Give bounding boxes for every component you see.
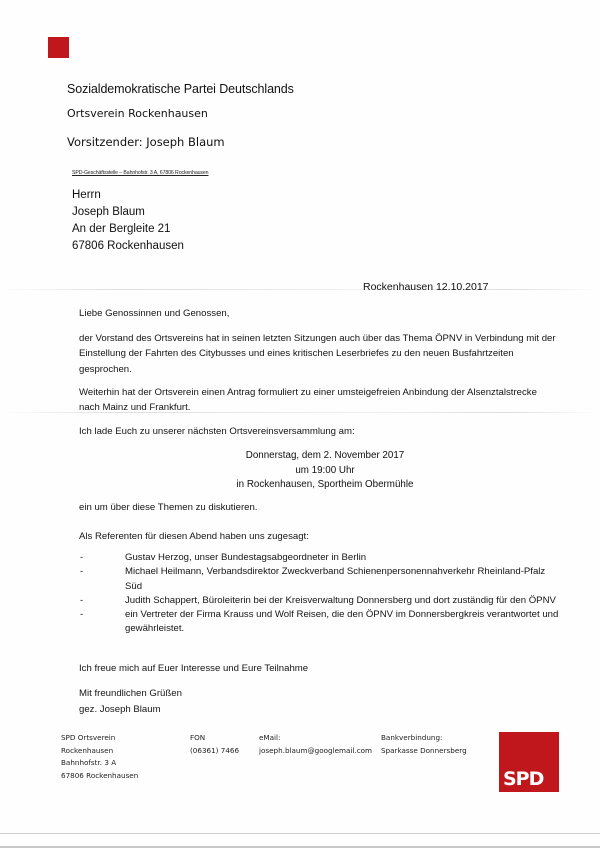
recipient-address: Herrn Joseph Blaum An der Bergleite 21 6…	[72, 187, 184, 255]
list-item: - Gustav Herzog, unser Bundestagsabgeord…	[62, 551, 562, 565]
paragraph-motion: Weiterhin hat der Ortsverein einen Antra…	[79, 385, 559, 416]
spd-logo-text: SPD	[503, 770, 543, 789]
party-name: Sozialdemokratische Partei Deutschlands	[67, 82, 294, 96]
page-edge-line	[0, 833, 600, 834]
list-bullet: -	[80, 551, 83, 565]
spd-red-square-mark	[48, 37, 69, 58]
paragraph-looking-forward: Ich freue mich auf Euer Interesse und Eu…	[79, 661, 559, 676]
footer-phone-label: FON	[190, 732, 239, 745]
recipient-name: Joseph Blaum	[72, 204, 184, 221]
scan-artifact-line	[0, 412, 600, 413]
scan-artifact-line	[0, 289, 600, 290]
sender-return-address: SPD-Geschäftsstelle – Bahnhofstr. 3 A, 6…	[72, 170, 208, 176]
footer-phone-value: (06361) 7466	[190, 745, 239, 758]
footer-phone: FON (06361) 7466	[190, 732, 239, 757]
footer-email-value[interactable]: joseph.blaum@googlemail.com	[259, 745, 377, 758]
paragraph-board-discussion: der Vorstand des Ortsvereins hat in sein…	[79, 331, 559, 377]
speaker-text: Judith Schappert, Büroleiterin bei der K…	[125, 595, 556, 606]
spd-logo: SPD	[499, 732, 559, 792]
signature: gez. Joseph Blaum	[79, 702, 182, 718]
chairman-line: Vorsitzender: Joseph Blaum	[67, 135, 225, 149]
list-item: - Michael Heilmann, Verbandsdirektor Zwe…	[62, 565, 562, 594]
footer-bank-label: Bankverbindung:	[381, 732, 467, 745]
footer-bank: Bankverbindung: Sparkasse Donnersberg	[381, 732, 467, 757]
footer-email: eMail: joseph.blaum@googlemail.com	[259, 732, 377, 757]
list-item: - ein Vertreter der Firma Krauss und Wol…	[62, 608, 562, 637]
meeting-time: um 19:00 Uhr	[200, 464, 450, 479]
letter-page: Sozialdemokratische Partei Deutschlands …	[0, 0, 600, 848]
speaker-text: Gustav Herzog, unser Bundestagsabgeordne…	[125, 552, 366, 563]
footer-address-line: 67806 Rockenhausen	[61, 770, 138, 783]
list-bullet: -	[80, 565, 83, 579]
closing-phrase: Mit freundlichen Grüßen	[79, 686, 182, 702]
footer-bank-value: Sparkasse Donnersberg	[381, 745, 467, 758]
recipient-salutation: Herrn	[72, 187, 184, 204]
footer-address-line: SPD Ortsverein	[61, 732, 138, 745]
meeting-place: in Rockenhausen, Sportheim Obermühle	[200, 478, 450, 493]
paragraph-discuss: ein um über diese Themen zu diskutieren.	[79, 500, 559, 515]
list-item: - Judith Schappert, Büroleiterin bei der…	[62, 594, 562, 608]
recipient-city: 67806 Rockenhausen	[72, 238, 184, 255]
place-and-date: Rockenhausen 12.10.2017	[363, 281, 489, 293]
footer-address-line: Bahnhofstr. 3 A	[61, 757, 138, 770]
paragraph-speakers-intro: Als Referenten für diesen Abend haben un…	[79, 529, 559, 544]
paragraph-invitation: Ich lade Euch zu unserer nächsten Ortsve…	[79, 424, 559, 439]
recipient-street: An der Bergleite 21	[72, 221, 184, 238]
meeting-date: Donnerstag, dem 2. November 2017	[200, 449, 450, 464]
list-bullet: -	[80, 608, 83, 622]
list-bullet: -	[80, 594, 83, 608]
footer-email-label: eMail:	[259, 732, 377, 745]
greeting: Liebe Genossinnen und Genossen,	[79, 306, 559, 321]
meeting-details: Donnerstag, dem 2. November 2017 um 19:0…	[200, 449, 450, 493]
footer-address-line: Rockenhausen	[61, 745, 138, 758]
local-branch-name: Ortsverein Rockenhausen	[67, 107, 208, 120]
speakers-list: - Gustav Herzog, unser Bundestagsabgeord…	[62, 551, 562, 637]
footer-address: SPD Ortsverein Rockenhausen Bahnhofstr. …	[61, 732, 138, 782]
closing-block: Mit freundlichen Grüßen gez. Joseph Blau…	[79, 686, 182, 717]
speaker-text: Michael Heilmann, Verbandsdirektor Zweck…	[125, 566, 545, 591]
speaker-text: ein Vertreter der Firma Krauss und Wolf …	[125, 609, 558, 634]
